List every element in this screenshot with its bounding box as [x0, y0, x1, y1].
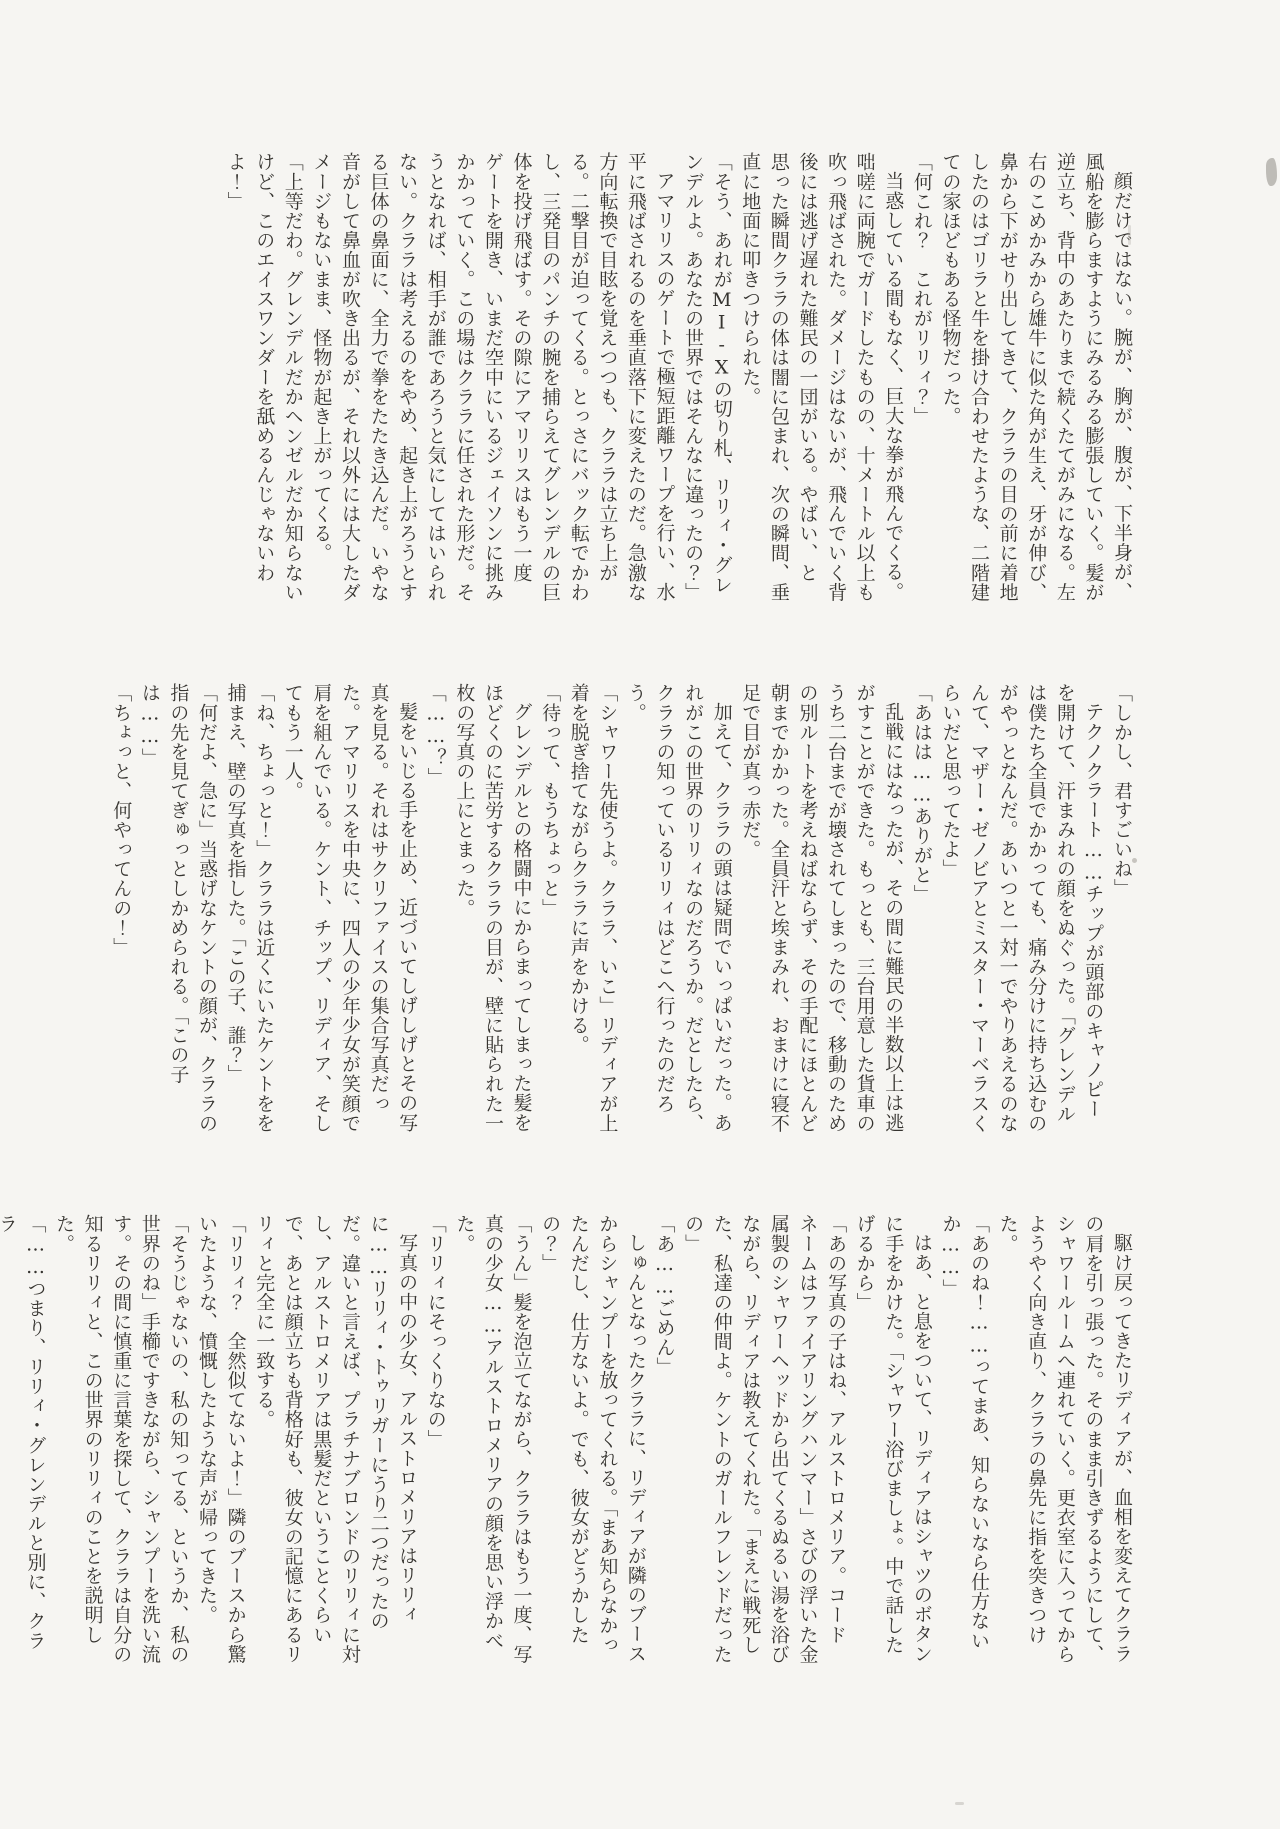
paragraph: 「上等だわ。グレンデルだかヘンゼルだか知らないけど、このエイスワンダーを舐めるん… [221, 152, 307, 605]
paragraph: 「ちょっと、何やってんの！」 [107, 683, 136, 1136]
paragraph: 「そうじゃないの、私の知ってる、というか、私の世界のね」手櫛ですきながら、シャン… [49, 1214, 192, 1667]
paragraph: 「あの写真の子はね、アルストロメリア。コードネームはファイアリングハンマー」さび… [679, 1214, 851, 1667]
paragraph: 写真の中の少女、アルストロメリアはリリィに……リリィ・トゥリガーにうり二つだった… [250, 1214, 422, 1667]
paragraph: 「リリィにそっくりなの」 [421, 1214, 450, 1667]
paragraph: 「何これ？ これがリリィ？」 [907, 152, 936, 605]
paragraph: 「待って、もうちょっと」 [536, 683, 565, 1136]
paragraph: 「何だよ、急に」当惑げなケントの顔が、クララの指の先を見てぎゅっとしかめられる。… [135, 683, 221, 1136]
paragraph: テクノクラート……チップが頭部のキャノピーを開けて、汗まみれの顔をぬぐった。「グ… [936, 683, 1108, 1136]
scan-artifact-speck [955, 1802, 964, 1805]
paragraph: 駆け戻ってきたリディアが、血相を変えてクララの肩を引っ張った。そのまま引きずるよ… [993, 1214, 1136, 1667]
paragraph: 「ね、ちょっと！」クララは近くにいたケントをを捕まえ、壁の写真を指した。「この子… [221, 683, 278, 1136]
paragraph: グレンデルとの格闘中にからまってしまった髪をほどくのに苦労するクララの目が、壁に… [450, 683, 536, 1136]
paragraph: しゅんとなったクララに、リディアが隣のブースからシャンプーを放ってくれる。「まあ… [536, 1214, 650, 1667]
paragraph: 髪をいじる手を止め、近づいてしげしげとその写真を見る。それはサクリファイスの集合… [278, 683, 421, 1136]
paragraph: はあ、と息をついて、リディアはシャツのボタンに手をかけた。「シャワー浴びましょ。… [850, 1214, 936, 1667]
text-block-1: 顔だけではない。腕が、胸が、腹が、下半身が、風船を膨らますようにみるみる膨張して… [221, 152, 1136, 605]
paragraph: 「うん」髪を泡立てながら、クララはもう一度、写真の少女……アルストロメリアの顔を… [450, 1214, 536, 1667]
paragraph: 「あはは……ありがと」 [907, 683, 936, 1136]
paragraph: 「しかし、君すごいね」 [1107, 683, 1136, 1136]
scanned-novel-page: 顔だけではない。腕が、胸が、腹が、下半身が、風船を膨らますようにみるみる膨張して… [0, 0, 1280, 1829]
paragraph: アマリリスのゲートで極短距離ワープを行い、水平に飛ばされるのを垂直落下に変えたの… [307, 152, 679, 605]
text-area: 顔だけではない。腕が、胸が、腹が、下半身が、風船を膨らますようにみるみる膨張して… [0, 152, 1136, 1667]
paragraph: 「あ……ごめん」 [650, 1214, 679, 1667]
paragraph: 「そう、あれがMI-Xの切り札、リリィ・グレンデルよ。あなたの世界ではそんなに違… [679, 152, 736, 605]
scan-artifact-speck [1266, 158, 1277, 186]
paragraph: 乱戦にはなったが、その間に難民の半数以上は逃がすことができた。もっとも、三台用意… [736, 683, 908, 1136]
paragraph: 「……？」 [421, 683, 450, 1136]
text-block-2: 「しかし、君すごいね」テクノクラート……チップが頭部のキャノピーを開けて、汗まみ… [107, 683, 1136, 1136]
text-block-3: 駆け戻ってきたリディアが、血相を変えてクララの肩を引っ張った。そのまま引きずるよ… [0, 1214, 1136, 1667]
paragraph: 「リリィ？ 全然似てないよ！」隣のブースから驚いたような、憤慨したような声が帰っ… [192, 1214, 249, 1667]
paragraph: 「……つまり、リリィ・グレンデルと別に、クララ [0, 1214, 49, 1667]
paragraph: 「あのね！……ってまあ、知らないなら仕方ないか……」 [936, 1214, 993, 1667]
paragraph: 加えて、クララの頭は疑問でいっぱいだった。あれがこの世界のリリィなのだろうか。だ… [621, 683, 735, 1136]
paragraph: 顔だけではない。腕が、胸が、腹が、下半身が、風船を膨らますようにみるみる膨張して… [936, 152, 1136, 605]
paragraph: 当惑している間もなく、巨大な拳が飛んでくる。咄嗟に両腕でガードしたものの、十メー… [736, 152, 908, 605]
paragraph: 「シャワー先使うよ。クララ、いこ」リディアが上着を脱ぎ捨てながらクララに声をかけ… [564, 683, 621, 1136]
